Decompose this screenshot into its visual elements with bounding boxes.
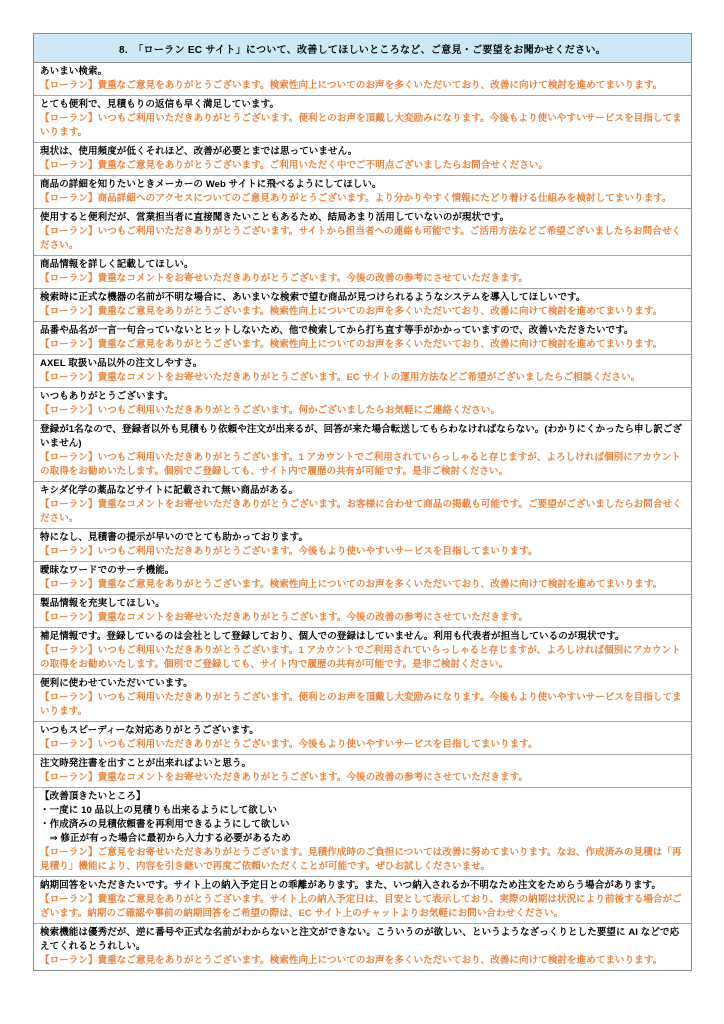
customer-comment: 検索時に正式な機器の名前が不明な場合に、あいまいな検索で望む商品が見つけられるよ… <box>40 291 685 305</box>
laurant-response: 【ローラン】いつもご利用いただきありがとうございます。今後もより使いやすいサービ… <box>40 545 685 559</box>
feedback-row: 注文時発注書を出すことが出来ればよいと思う。【ローラン】貴重なコメントをお寄せい… <box>34 754 691 787</box>
feedback-row: とても便利で、見積もりの返信も早く満足しています。【ローラン】いつもご利用いただ… <box>34 95 691 142</box>
feedback-row: 使用すると便利だが、営業担当者に直接聞きたいこともあるため、結局あまり活用してい… <box>34 208 691 255</box>
feedback-row: あいまい検索。【ローラン】貴重なご意見をありがとうございます。検索性向上について… <box>34 63 691 95</box>
laurant-response: 【ローラン】いつもご利用いただきありがとうございます。今後もより使いやすいサービ… <box>40 738 685 752</box>
customer-comment: いつもありがとうございます。 <box>40 390 685 404</box>
feedback-row: 品番や品名が一言一句合っていないとヒットしないため、他で検索してから打ち直す等手… <box>34 321 691 354</box>
feedback-row: 商品の詳細を知りたいときメーカーの Web サイトに飛べるようにしてほしい。【ロ… <box>34 175 691 208</box>
customer-comment: 納期回答をいただきたいです。サイト上の納入予定日との乖離があります。また、いつ納… <box>40 879 685 893</box>
feedback-rows: あいまい検索。【ローラン】貴重なご意見をありがとうございます。検索性向上について… <box>34 63 691 970</box>
laurant-response: 【ローラン】ご意見をお寄せいただきありがとうございます。見積作成時のご負担につい… <box>40 846 685 874</box>
feedback-row: 登録が1名なので、登録者以外も見積もり依頼や注文が出来るが、回答が来た場合転送し… <box>34 420 691 481</box>
laurant-response: 【ローラン】いつもご利用いただきありがとうございます。便利とのお声を頂戴し大変励… <box>40 691 685 719</box>
feedback-row: 商品情報を詳しく記載してほしい。【ローラン】貴重なコメントをお寄せいただきありが… <box>34 255 691 288</box>
customer-comment: ・作成済みの見積依頼書を再利用できるようにして欲しい <box>40 818 685 832</box>
laurant-response: 【ローラン】いつもご利用いただきありがとうございます。1 アカウントでご利用され… <box>40 451 685 479</box>
customer-comment: 曖昧なワードでのサーチ機能。 <box>40 564 685 578</box>
laurant-response: 【ローラン】貴重なご意見をありがとうございます。検索性向上についてのお声を多くい… <box>40 578 685 592</box>
customer-comment: 製品情報を充実してほしい。 <box>40 597 685 611</box>
laurant-response: 【ローラン】貴重なご意見をありがとうございます。ご利用いただく中でご不明点ござい… <box>40 159 685 173</box>
laurant-response: 【ローラン】貴重なご意見をありがとうございます。検索性向上についてのお声を多くい… <box>40 338 685 352</box>
customer-comment: 検索機能は優秀だが、逆に番号や正式な名前がわからないと注文ができない。こういうの… <box>40 926 685 954</box>
laurant-response: 【ローラン】いつもご利用いただきありがとうございます。1 アカウントでご利用され… <box>40 644 685 672</box>
feedback-row: いつもスピーディーな対応ありがとうございます。【ローラン】いつもご利用いただきあ… <box>34 721 691 754</box>
feedback-row: 【改善頂きたいところ】・一度に 10 品以上の見積りも出来るようにして欲しい・作… <box>34 787 691 876</box>
laurant-response: 【ローラン】貴重なコメントをお寄せいただきありがとうございます。EC サイトの運… <box>40 371 685 385</box>
customer-comment: 品番や品名が一言一句合っていないとヒットしないため、他で検索してから打ち直す等手… <box>40 324 685 338</box>
survey-feedback-table: 8. 「ローラン EC サイト」について、改善してほしいところなど、ご意見・ご要… <box>33 33 692 971</box>
customer-comment: とても便利で、見積もりの返信も早く満足しています。 <box>40 98 685 112</box>
laurant-response: 【ローラン】貴重なご意見をありがとうございます。検索性向上についてのお声を多くい… <box>40 305 685 319</box>
customer-comment: ⇒ 修正が有った場合に最初から入力する必要があるため <box>40 832 685 846</box>
feedback-row: いつもありがとうございます。【ローラン】いつもご利用いただきありがとうございます… <box>34 387 691 420</box>
laurant-response: 【ローラン】商品詳細へのアクセスについてのご意見ありがとうございます。より分かり… <box>40 192 685 206</box>
laurant-response: 【ローラン】貴重なコメントをお寄せいただきありがとうございます。今後の改善の参考… <box>40 611 685 625</box>
customer-comment: 商品情報を詳しく記載してほしい。 <box>40 258 685 272</box>
customer-comment: ・一度に 10 品以上の見積りも出来るようにして欲しい <box>40 804 685 818</box>
laurant-response: 【ローラン】貴重なご意見をありがとうございます。検索性向上についてのお声を多くい… <box>40 79 685 93</box>
laurant-response: 【ローラン】いつもご利用いただきありがとうございます。便利とのお声を頂戴し大変励… <box>40 112 685 140</box>
laurant-response: 【ローラン】貴重なコメントをお寄せいただきありがとうございます。今後の改善の参考… <box>40 771 685 785</box>
feedback-row: 特になし、見積書の提示が早いのでとても助かっております。【ローラン】いつもご利用… <box>34 528 691 561</box>
question-header: 8. 「ローラン EC サイト」について、改善してほしいところなど、ご意見・ご要… <box>34 34 691 63</box>
customer-comment: 特になし、見積書の提示が早いのでとても助かっております。 <box>40 531 685 545</box>
customer-comment: 注文時発注書を出すことが出来ればよいと思う。 <box>40 757 685 771</box>
feedback-row: 便利に使わせていただいています。【ローラン】いつもご利用いただきありがとうござい… <box>34 674 691 721</box>
laurant-response: 【ローラン】いつもご利用いただきありがとうございます。サイトから担当者への連絡も… <box>40 225 685 253</box>
feedback-row: 検索時に正式な機器の名前が不明な場合に、あいまいな検索で望む商品が見つけられるよ… <box>34 288 691 321</box>
customer-comment: 便利に使わせていただいています。 <box>40 677 685 691</box>
laurant-response: 【ローラン】貴重なご意見をありがとうございます。検索性向上についてのお声を多くい… <box>40 954 685 968</box>
customer-comment: 補足情報です。登録しているのは会社として登録しており、個人での登録はしていません… <box>40 630 685 644</box>
customer-comment: 商品の詳細を知りたいときメーカーの Web サイトに飛べるようにしてほしい。 <box>40 178 685 192</box>
customer-comment: 使用すると便利だが、営業担当者に直接聞きたいこともあるため、結局あまり活用してい… <box>40 211 685 225</box>
customer-comment: あいまい検索。 <box>40 65 685 79</box>
customer-comment: 登録が1名なので、登録者以外も見積もり依頼や注文が出来るが、回答が来た場合転送し… <box>40 423 685 451</box>
feedback-row: 補足情報です。登録しているのは会社として登録しており、個人での登録はしていません… <box>34 627 691 674</box>
feedback-row: 現状は、使用頻度が低くそれほど、改善が必要とまでは思っていません。【ローラン】貴… <box>34 142 691 175</box>
feedback-row: 納期回答をいただきたいです。サイト上の納入予定日との乖離があります。また、いつ納… <box>34 876 691 923</box>
customer-comment: AXEL 取扱い品以外の注文しやすさ。 <box>40 357 685 371</box>
laurant-response: 【ローラン】貴重なコメントをお寄せいただきありがとうございます。今後の改善の参考… <box>40 272 685 286</box>
laurant-response: 【ローラン】いつもご利用いただきありがとうございます。何かございましたらお気軽に… <box>40 404 685 418</box>
feedback-row: 曖昧なワードでのサーチ機能。【ローラン】貴重なご意見をありがとうございます。検索… <box>34 561 691 594</box>
customer-comment: キシダ化学の薬品などサイトに記載されて無い商品がある。 <box>40 484 685 498</box>
feedback-row: AXEL 取扱い品以外の注文しやすさ。【ローラン】貴重なコメントをお寄せいただき… <box>34 354 691 387</box>
document-page: 8. 「ローラン EC サイト」について、改善してほしいところなど、ご意見・ご要… <box>0 0 724 1024</box>
customer-comment: 現状は、使用頻度が低くそれほど、改善が必要とまでは思っていません。 <box>40 145 685 159</box>
feedback-row: 製品情報を充実してほしい。【ローラン】貴重なコメントをお寄せいただきありがとうご… <box>34 594 691 627</box>
laurant-response: 【ローラン】貴重なご意見をありがとうございます。サイト上の納入予定日は、目安とし… <box>40 893 685 921</box>
customer-comment: いつもスピーディーな対応ありがとうございます。 <box>40 724 685 738</box>
laurant-response: 【ローラン】貴重なコメントをお寄せいただきありがとうございます。お客様に合わせて… <box>40 498 685 526</box>
feedback-row: 検索機能は優秀だが、逆に番号や正式な名前がわからないと注文ができない。こういうの… <box>34 923 691 970</box>
customer-comment: 【改善頂きたいところ】 <box>40 790 685 804</box>
feedback-row: キシダ化学の薬品などサイトに記載されて無い商品がある。【ローラン】貴重なコメント… <box>34 481 691 528</box>
